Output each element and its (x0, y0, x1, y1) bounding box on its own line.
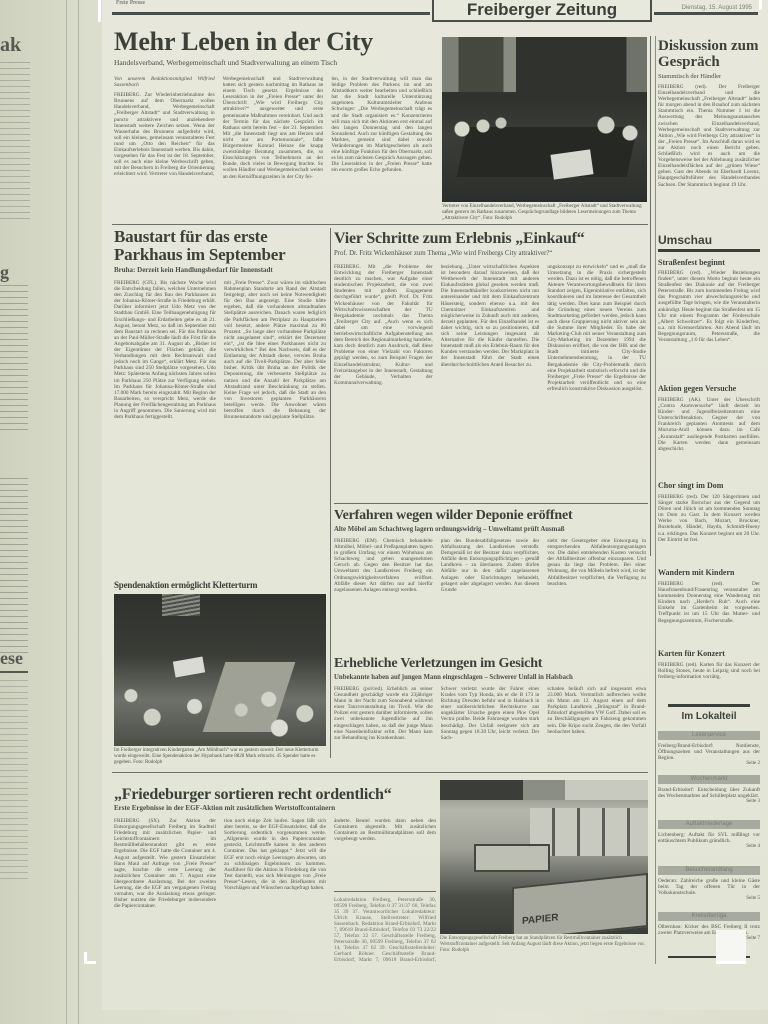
lead-body: Von unserem Redaktionsmitglied Wilfried … (114, 76, 432, 222)
photo-container-lid (474, 844, 550, 872)
friedeburg-column-3: änderte. Beutel wurden dann neben den Co… (334, 818, 436, 964)
prev-text-block-4 (0, 680, 28, 880)
masthead-title: Freiberger Zeitung (432, 0, 652, 22)
umschau-rule (658, 249, 760, 252)
umschau-title: Umschau (658, 233, 712, 247)
column-rule (655, 36, 656, 964)
umschau-item-headline: Aktion gegen Versuche (658, 384, 736, 393)
masthead-rule-right (654, 12, 758, 15)
deponie-column-1: FREIBERG (EM). Chemisch behandelte Altmö… (334, 538, 433, 646)
lead-photo-caption: Vertreter von Einzelhandelsverband, Werb… (442, 204, 650, 222)
umschau-item-text: FREIBERG (red). Karten für das Konzert d… (658, 662, 760, 688)
lokalteil-item-text: Brand-Erbisdorf: Entscheidung über Zukun… (658, 787, 760, 799)
photo-children (114, 674, 326, 746)
photo-people (450, 117, 510, 147)
lokalteil-title: Im Lokalteil (658, 711, 760, 722)
friedeburg-column-1: FREIBERG (SX). Zur Aktion der Entsorgung… (114, 818, 216, 964)
verletzungen-subheadline: Unbekannte haben auf jungen Mann eingesc… (334, 674, 573, 681)
parkhaus-body: FREIBERG (GFL). Bis nächste Woche wird d… (114, 280, 326, 570)
impressum-rule (334, 891, 436, 892)
lokalteil-item-label: Auftaktniederlage (658, 820, 760, 829)
photo-wall (442, 37, 647, 92)
parkhaus-column-1: FREIBERG (GFL). Bis nächste Woche wird d… (114, 280, 216, 570)
vier-schritte-column-3: ungskonzept zu entwickeln“ und es „muß d… (547, 264, 646, 500)
umschau-item-text: FREIBERG (red). Der 120 Sängerinnen und … (658, 494, 760, 556)
prev-headline2-fragment: g (0, 262, 9, 282)
impressum: Lokalredaktion Freiberg, Petersstraße 30… (334, 897, 436, 965)
lead-photo (442, 37, 647, 202)
sidebar-text: FREIBERG (red). Der Freiberger Einzelhan… (658, 84, 760, 226)
prev-text-block (0, 62, 30, 222)
deponie-body: FREIBERG (EM). Chemisch behandelte Altmö… (334, 538, 646, 646)
lokalteil-item[interactable]: Wochenmarkt Brand-Erbisdorf: Entscheidun… (658, 775, 760, 804)
previous-page-fragment: ak g ese (0, 0, 88, 1024)
umschau-item-headline: Chor singt im Dom (658, 481, 723, 490)
photo-roof (162, 594, 200, 616)
container-photo-caption: Die Entsorgungsgesellschaft Freiberg hat… (440, 936, 648, 954)
section-label: Freie Presse (116, 0, 145, 6)
fold-line (66, 0, 67, 1024)
prev-rule (0, 671, 28, 673)
lokalteil-item-page: Seite 3 (658, 799, 760, 804)
deponie-column-2: plan des Bundesabfallgesetzes sowie der … (441, 538, 540, 646)
lokalteil-item[interactable]: Auftaktniederlage Lichtenberg: Auftakt f… (658, 820, 760, 849)
photo-people (582, 109, 642, 149)
section-rule (112, 772, 648, 773)
umschau-item-text: FREIBERG (red). Der Hausfrauenbund/Fraue… (658, 581, 760, 637)
issue-date: Dienstag, 15. August 1995 (682, 5, 752, 11)
verletzungen-column-3: schaden beläuft sich auf insgesamt etwa … (547, 686, 646, 758)
parkhaus-subheadline: Bruha: Derzeit kein Handlungsbedarf für … (114, 266, 273, 274)
newspaper-page: Freie Presse Freiberger Zeitung Dienstag… (102, 0, 768, 1010)
fold-line (78, 0, 79, 1024)
lokalteil-item-page: Seite 4 (658, 844, 760, 849)
spende-photo-caption: Im Freiberger integrativen Kindergarten … (114, 748, 326, 766)
lokalteil-item-label: Wochenmarkt (658, 775, 760, 784)
section-rule (112, 224, 648, 225)
lokalteil-item-text: Oederan: Zahlreiche große und kleine Gäs… (658, 878, 760, 896)
verletzungen-headline: Erhebliche Verletzungen im Gesicht (334, 656, 542, 671)
vier-schritte-subheadline: Prof. Dr. Fritz Wickenhäuser zum Thema „… (334, 250, 552, 257)
prev-text-block-2 (0, 285, 28, 430)
prev-headline-fragment: ak (0, 34, 21, 56)
lead-column-3: len, in der Stadtverwaltung will man das… (331, 76, 432, 222)
masthead-rule-left (112, 12, 430, 15)
umschau-item-headline: Wandern mit Kindern (658, 568, 734, 577)
lokalteil-item-page: Seite 2 (658, 761, 760, 766)
lead-headline: Mehr Leben in der City (114, 28, 373, 56)
lead-subheadline: Handelsverband, Werbegemeinschaft und St… (114, 58, 337, 67)
verletzungen-body: FREIBERG (pol/red). Erheblich an seiner … (334, 686, 646, 758)
lokalteil-item-text: Lichtenberg: Auftakt für SVL mißlingt vo… (658, 832, 760, 844)
lokalteil-item[interactable]: Besucherandrang Oederan: Zahlreiche groß… (658, 866, 760, 901)
friedeburg-subheadline: Erste Ergebnisse in der EGF-Aktion mit z… (114, 804, 335, 812)
parkhaus-column-2: mit „Freie Presse“. Zwar wären im städti… (224, 280, 326, 570)
friedeburg-headline: „Friedeburger sortieren recht ordentlich… (114, 786, 392, 803)
vier-schritte-column-2: beziehung. „Unter wirtschaftlichen Aspek… (441, 264, 540, 500)
umschau-item-headline: Karten für Konzert (658, 649, 725, 658)
prev-text-block-3 (0, 478, 28, 658)
umschau-item-text: FREIBERG (AK). Unter der Überschrift „Co… (658, 397, 760, 463)
deponie-subheadline: Alte Möbel am Schachtweg lagern ordnungs… (334, 526, 565, 533)
section-rule (334, 503, 648, 504)
verletzungen-column-1: FREIBERG (pol/red). Erheblich an seiner … (334, 686, 433, 758)
deponie-headline: Verfahren wegen wilder Deponie eröffnet (334, 508, 572, 523)
scan-corner-mark (716, 930, 746, 964)
lokalteil-item[interactable]: Leserservice Freiberg/Brand-Erbisdorf: N… (658, 731, 760, 766)
column-rule (330, 228, 331, 758)
photo-container-label: PAPIER (512, 873, 648, 934)
lokalteil-rule (668, 704, 750, 707)
sidebar-subheadline: Stammtisch der Händler (658, 73, 721, 80)
spende-photo (114, 594, 326, 746)
lead-column-2: Werbegemeinschaft und Stadtverwaltung ha… (223, 76, 324, 222)
umschau-item-text: FREIBERG (red). „Wieder Beziehungen find… (658, 270, 760, 362)
vier-schritte-column-1: FREIBERG. Mit „die Probleme der Entwickl… (334, 264, 433, 500)
lead-column-1: Von unserem Redaktionsmitglied Wilfried … (114, 76, 215, 222)
lokalteil-item-page: Seite 5 (658, 896, 760, 901)
lokalteil-item-label: Leserservice (658, 731, 760, 740)
container-photo: PAPIER (440, 780, 648, 934)
friedeburg-body: FREIBERG (SX). Zur Aktion der Entsorgung… (114, 818, 436, 964)
scan-corner-mark (84, 952, 96, 964)
deponie-column-3: sieht der Gesetzgeber eine Entsorgung in… (547, 538, 646, 646)
scan-corner-mark (98, 0, 102, 22)
lokalteil-item-label: Besucherandrang (658, 866, 760, 875)
vier-schritte-headline: Vier Schritte zum Erlebnis „Einkauf“ (334, 230, 585, 247)
sidebar-headline: Diskussion zum Gespräch (658, 38, 762, 70)
lokalteil-item-text: Freiberg/Brand-Erbisdorf: Notdienste, Öf… (658, 743, 760, 761)
prev-headline3-fragment: ese (0, 648, 23, 668)
spende-headline: Spendenaktion ermöglicht Kletterturm (114, 580, 257, 590)
friedeburg-column-text: änderte. Beutel wurden dann neben den Co… (334, 818, 436, 886)
photo-trees (440, 780, 648, 800)
scan-corner-mark (756, 0, 762, 10)
lokalteil-item-label: Kreisoberliga (658, 912, 760, 921)
parkhaus-headline: Baustart für das erste Parkhaus im Septe… (114, 228, 326, 264)
lead-column-text: FREIBERG. Zur Wiederinbetriebnahme des B… (114, 92, 215, 177)
verletzungen-column-2: Schwer verletzt wurde der Fahrer eines K… (441, 686, 540, 758)
vier-schritte-body: FREIBERG. Mit „die Probleme der Entwickl… (334, 264, 646, 500)
umschau-item-headline: Straßenfest beginnt (658, 258, 725, 267)
column-rule (650, 36, 651, 556)
friedeburg-column-2: tion noch einige Zeit laufen. Sagen läßt… (224, 818, 326, 964)
lead-byline: Von unserem Redaktionsmitglied Wilfried … (114, 76, 215, 88)
